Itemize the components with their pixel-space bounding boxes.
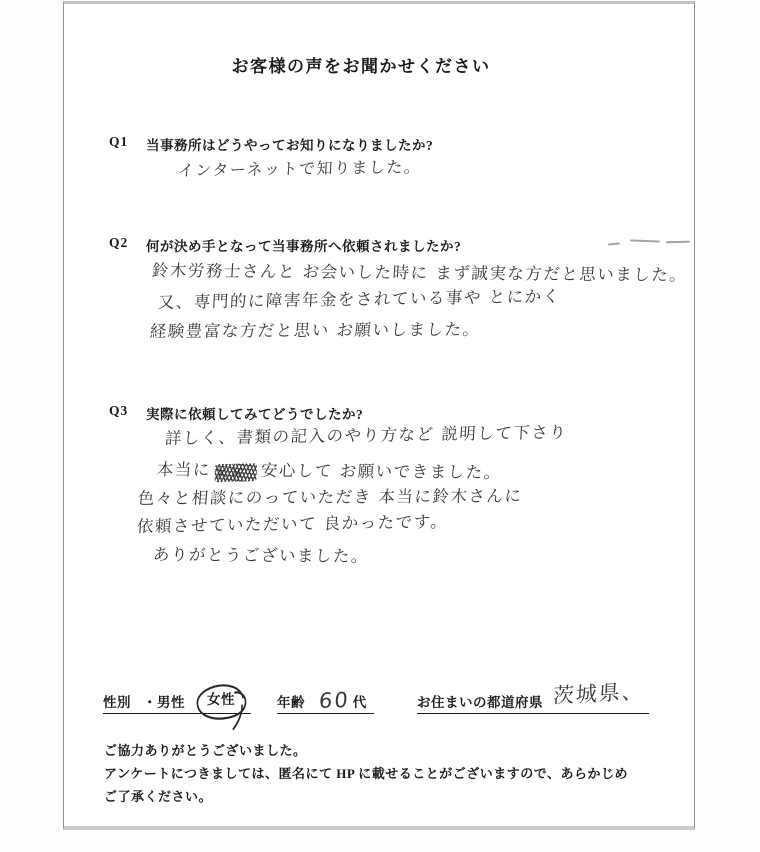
handwritten-answer-q1-line1: インターネットで知りました。: [177, 154, 422, 181]
page-title: お客様の声をお聞かせください: [64, 52, 658, 77]
handwritten-answer-q3-line3: 色々と相談にのっていただき 本当に鈴木さんに: [137, 482, 524, 509]
handwritten-text: 本当に: [156, 460, 211, 479]
scribble-redaction: ××: [215, 463, 258, 482]
handwritten-answer-q3-line2: 本当に××安心して お願いできました。: [156, 456, 502, 484]
gender-option-female-circled: 女性: [198, 689, 244, 713]
handwritten-answer-q2-line1: 鈴木労務士さんと お会いした時に まず誠実な方だと思いました。: [151, 257, 688, 286]
hand-drawn-circle-icon: [195, 682, 249, 722]
survey-sheet: お客様の声をお聞かせください Q1 当事務所はどうやってお知りになりましたか? …: [63, 1, 695, 830]
prefecture-field: お住まいの都道府県 茨城県、: [417, 688, 649, 714]
age-unit: 代: [353, 693, 367, 713]
question-text-q1: 当事務所はどうやってお知りになりましたか?: [146, 134, 433, 154]
prefecture-value-handwritten: 茨城県、: [552, 675, 645, 710]
pen-smudge-mark: [630, 239, 660, 242]
age-value-handwritten: 60: [318, 688, 350, 713]
handwritten-text: 安心して お願いできました。: [260, 461, 502, 482]
gender-option-male: ・男性: [143, 693, 185, 713]
age-field: 年齢 60 代: [277, 688, 374, 714]
handwritten-answer-q3-line1: 詳しく、書類の記入のやり方など 説明して下さり: [164, 419, 568, 449]
handwritten-answer-q2-line3: 経験豊富な方だと思い お願いしました。: [149, 316, 482, 342]
gender-field: 性別 ・男性 女性: [103, 688, 251, 714]
footer-thanks: ご協力ありがとうございました。: [104, 740, 307, 759]
question-label-q2: Q2: [109, 235, 128, 251]
handwritten-answer-q3-line4: 依頼させていただいて 良かったです。: [136, 508, 449, 537]
prefecture-label: お住まいの都道府県: [417, 693, 543, 713]
gender-label: 性別: [103, 693, 131, 713]
question-label-q1: Q1: [109, 134, 128, 150]
handwritten-answer-q2-line2: 又、専門的に障害年金をされている事や とにかく: [157, 283, 561, 313]
pen-smudge-mark: [608, 242, 620, 245]
question-label-q3: Q3: [109, 403, 128, 419]
pen-smudge-mark: [666, 241, 690, 244]
question-text-q3: 実際に依頼してみてどうでしたか?: [146, 403, 363, 423]
age-label: 年齢: [277, 693, 305, 713]
handwritten-answer-q3-line5: ありがとうございました。: [152, 541, 369, 567]
footer-note-line1: アンケートにつきましては、匿名にて HP に載せることがございますので、あらかじ…: [104, 763, 628, 782]
footer-note-line2: ご了承ください。: [104, 786, 212, 805]
question-text-q2: 何が決め手となって当事務所へ依頼されましたか?: [146, 235, 461, 255]
